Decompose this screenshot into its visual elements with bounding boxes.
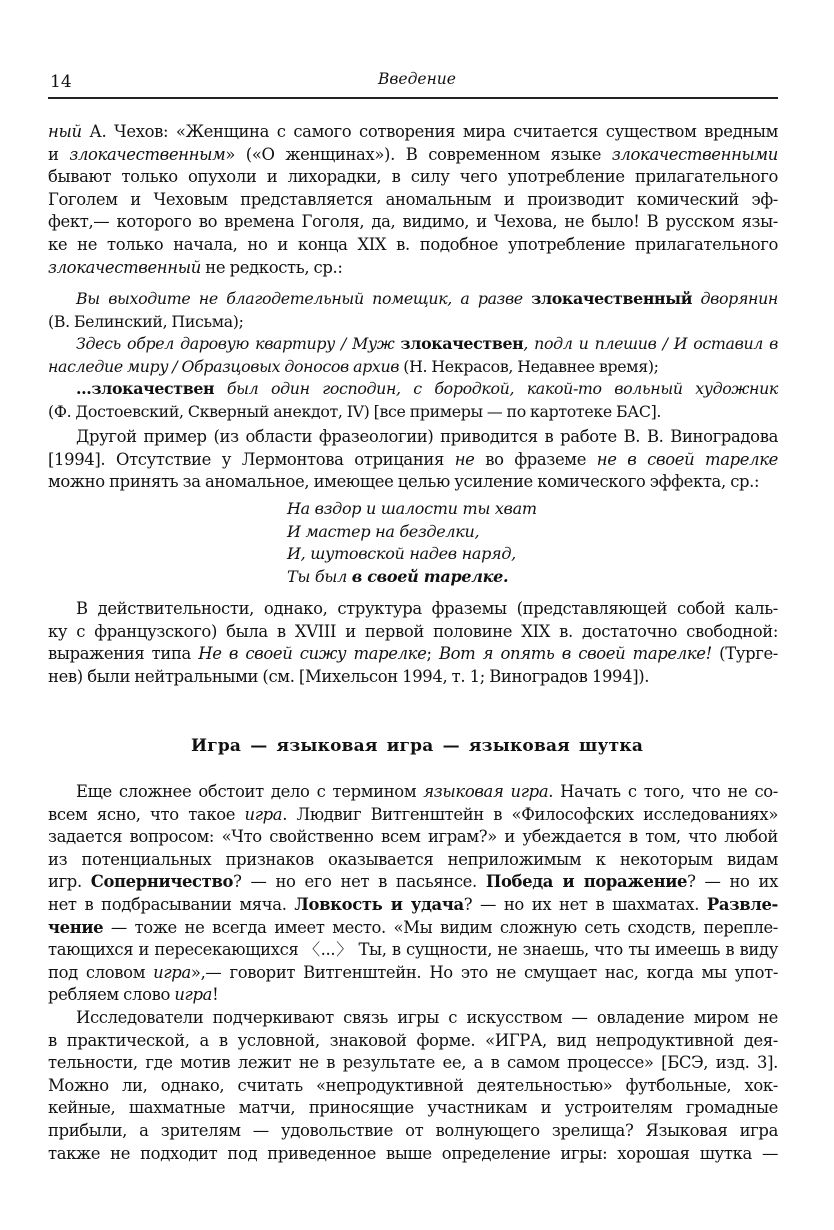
paragraph-5-line: кейные, шахматные матчи, приносящие учас… — [48, 1096, 778, 1119]
paragraph-3-line: В действительности, однако, структура фр… — [76, 597, 778, 620]
example-3-line: ...злокачествен был один господин, с бор… — [76, 377, 778, 400]
example-3-line: (Ф. Достоевский, Скверный анекдот, IV) [… — [48, 400, 778, 423]
header-rule — [48, 97, 778, 99]
paragraph-1-line: бывают только опухоли и лихорадки, в сил… — [48, 165, 778, 188]
poem-line: И, шутовской надев наряд, — [287, 542, 516, 565]
poem-line: И мастер на безделки, — [287, 520, 479, 543]
paragraph-1-line: и злокачественным» («О женщинах»). В сов… — [48, 143, 778, 166]
paragraph-5-line: в практической, а в условной, знаковой ф… — [48, 1029, 778, 1052]
paragraph-2-line: [1994]. Отсутствие у Лермонтова отрицани… — [48, 448, 778, 471]
example-2-line: наследие миру / Образцовых доносов архив… — [48, 355, 778, 378]
poem-line: Ты был в своей тарелке. — [287, 565, 508, 588]
paragraph-4-line: чение — тоже не всегда имеет место. «Мы … — [48, 916, 778, 939]
paragraph-5-line: также не подходит под приведенное выше о… — [48, 1142, 778, 1165]
paragraph-4-line: из потенциальных признаков оказывается н… — [48, 848, 778, 871]
paragraph-5-line: Можно ли, однако, считать «непродуктивно… — [48, 1074, 778, 1097]
paragraph-1-line: фект,— которого во времена Гоголя, да, в… — [48, 210, 778, 233]
book-page: 14 Введение ный А. Чехов: «Женщина с сам… — [0, 0, 834, 1230]
section-heading: Игра — языковая игра — языковая шутка — [0, 736, 834, 756]
paragraph-4-line: ребляем слово игра! — [48, 983, 778, 1006]
paragraph-1-line: злокачественный не редкость, ср.: — [48, 256, 778, 279]
paragraph-4-line: тающихся и пересекающихся 〈...〉 Ты, в су… — [48, 938, 778, 961]
paragraph-1-line: ный А. Чехов: «Женщина с самого сотворен… — [48, 120, 778, 143]
paragraph-4-line: под словом игра»,— говорит Витгенштейн. … — [48, 961, 778, 984]
paragraph-4-line: Еще сложнее обстоит дело с термином язык… — [76, 780, 778, 803]
paragraph-3-line: выражения типа Не в своей сижу тарелке; … — [48, 642, 778, 665]
paragraph-4-line: задается вопросом: «Что свойственно всем… — [48, 825, 778, 848]
paragraph-2-line: можно принять за аномальное, имеющее цел… — [48, 470, 778, 493]
example-1-line: Вы выходите не благодетельный помещик, а… — [76, 287, 778, 310]
paragraph-5-line: тельности, где мотив лежит не в результа… — [48, 1051, 778, 1074]
poem-line: На вздор и шалости ты хват — [287, 497, 537, 520]
running-title: Введение — [0, 70, 834, 88]
paragraph-1-line: ке не только начала, но и конца XIX в. п… — [48, 233, 778, 256]
paragraph-2-line: Другой пример (из области фразеологии) п… — [76, 425, 778, 448]
example-1-line: (В. Белинский, Письма); — [48, 310, 778, 333]
paragraph-5-line: Исследователи подчеркивают связь игры с … — [76, 1006, 778, 1029]
example-2-line: Здесь обрел даровую квартиру / Муж злока… — [76, 332, 778, 355]
paragraph-4-line: нет в подбрасывании мяча. Ловкость и уда… — [48, 893, 778, 916]
paragraph-5-line: прибыли, а зрителям — удовольствие от во… — [48, 1119, 778, 1142]
paragraph-3-line: нев) были нейтральными (см. [Михельсон 1… — [48, 665, 778, 688]
paragraph-1-line: Гоголем и Чеховым представляется аномаль… — [48, 188, 778, 211]
paragraph-3-line: ку с французского) была в XVIII и первой… — [48, 620, 778, 643]
paragraph-4-line: всем ясно, что такое игра. Людвиг Витген… — [48, 803, 778, 826]
paragraph-4-line: игр. Соперничество? — но его нет в пасья… — [48, 870, 778, 893]
